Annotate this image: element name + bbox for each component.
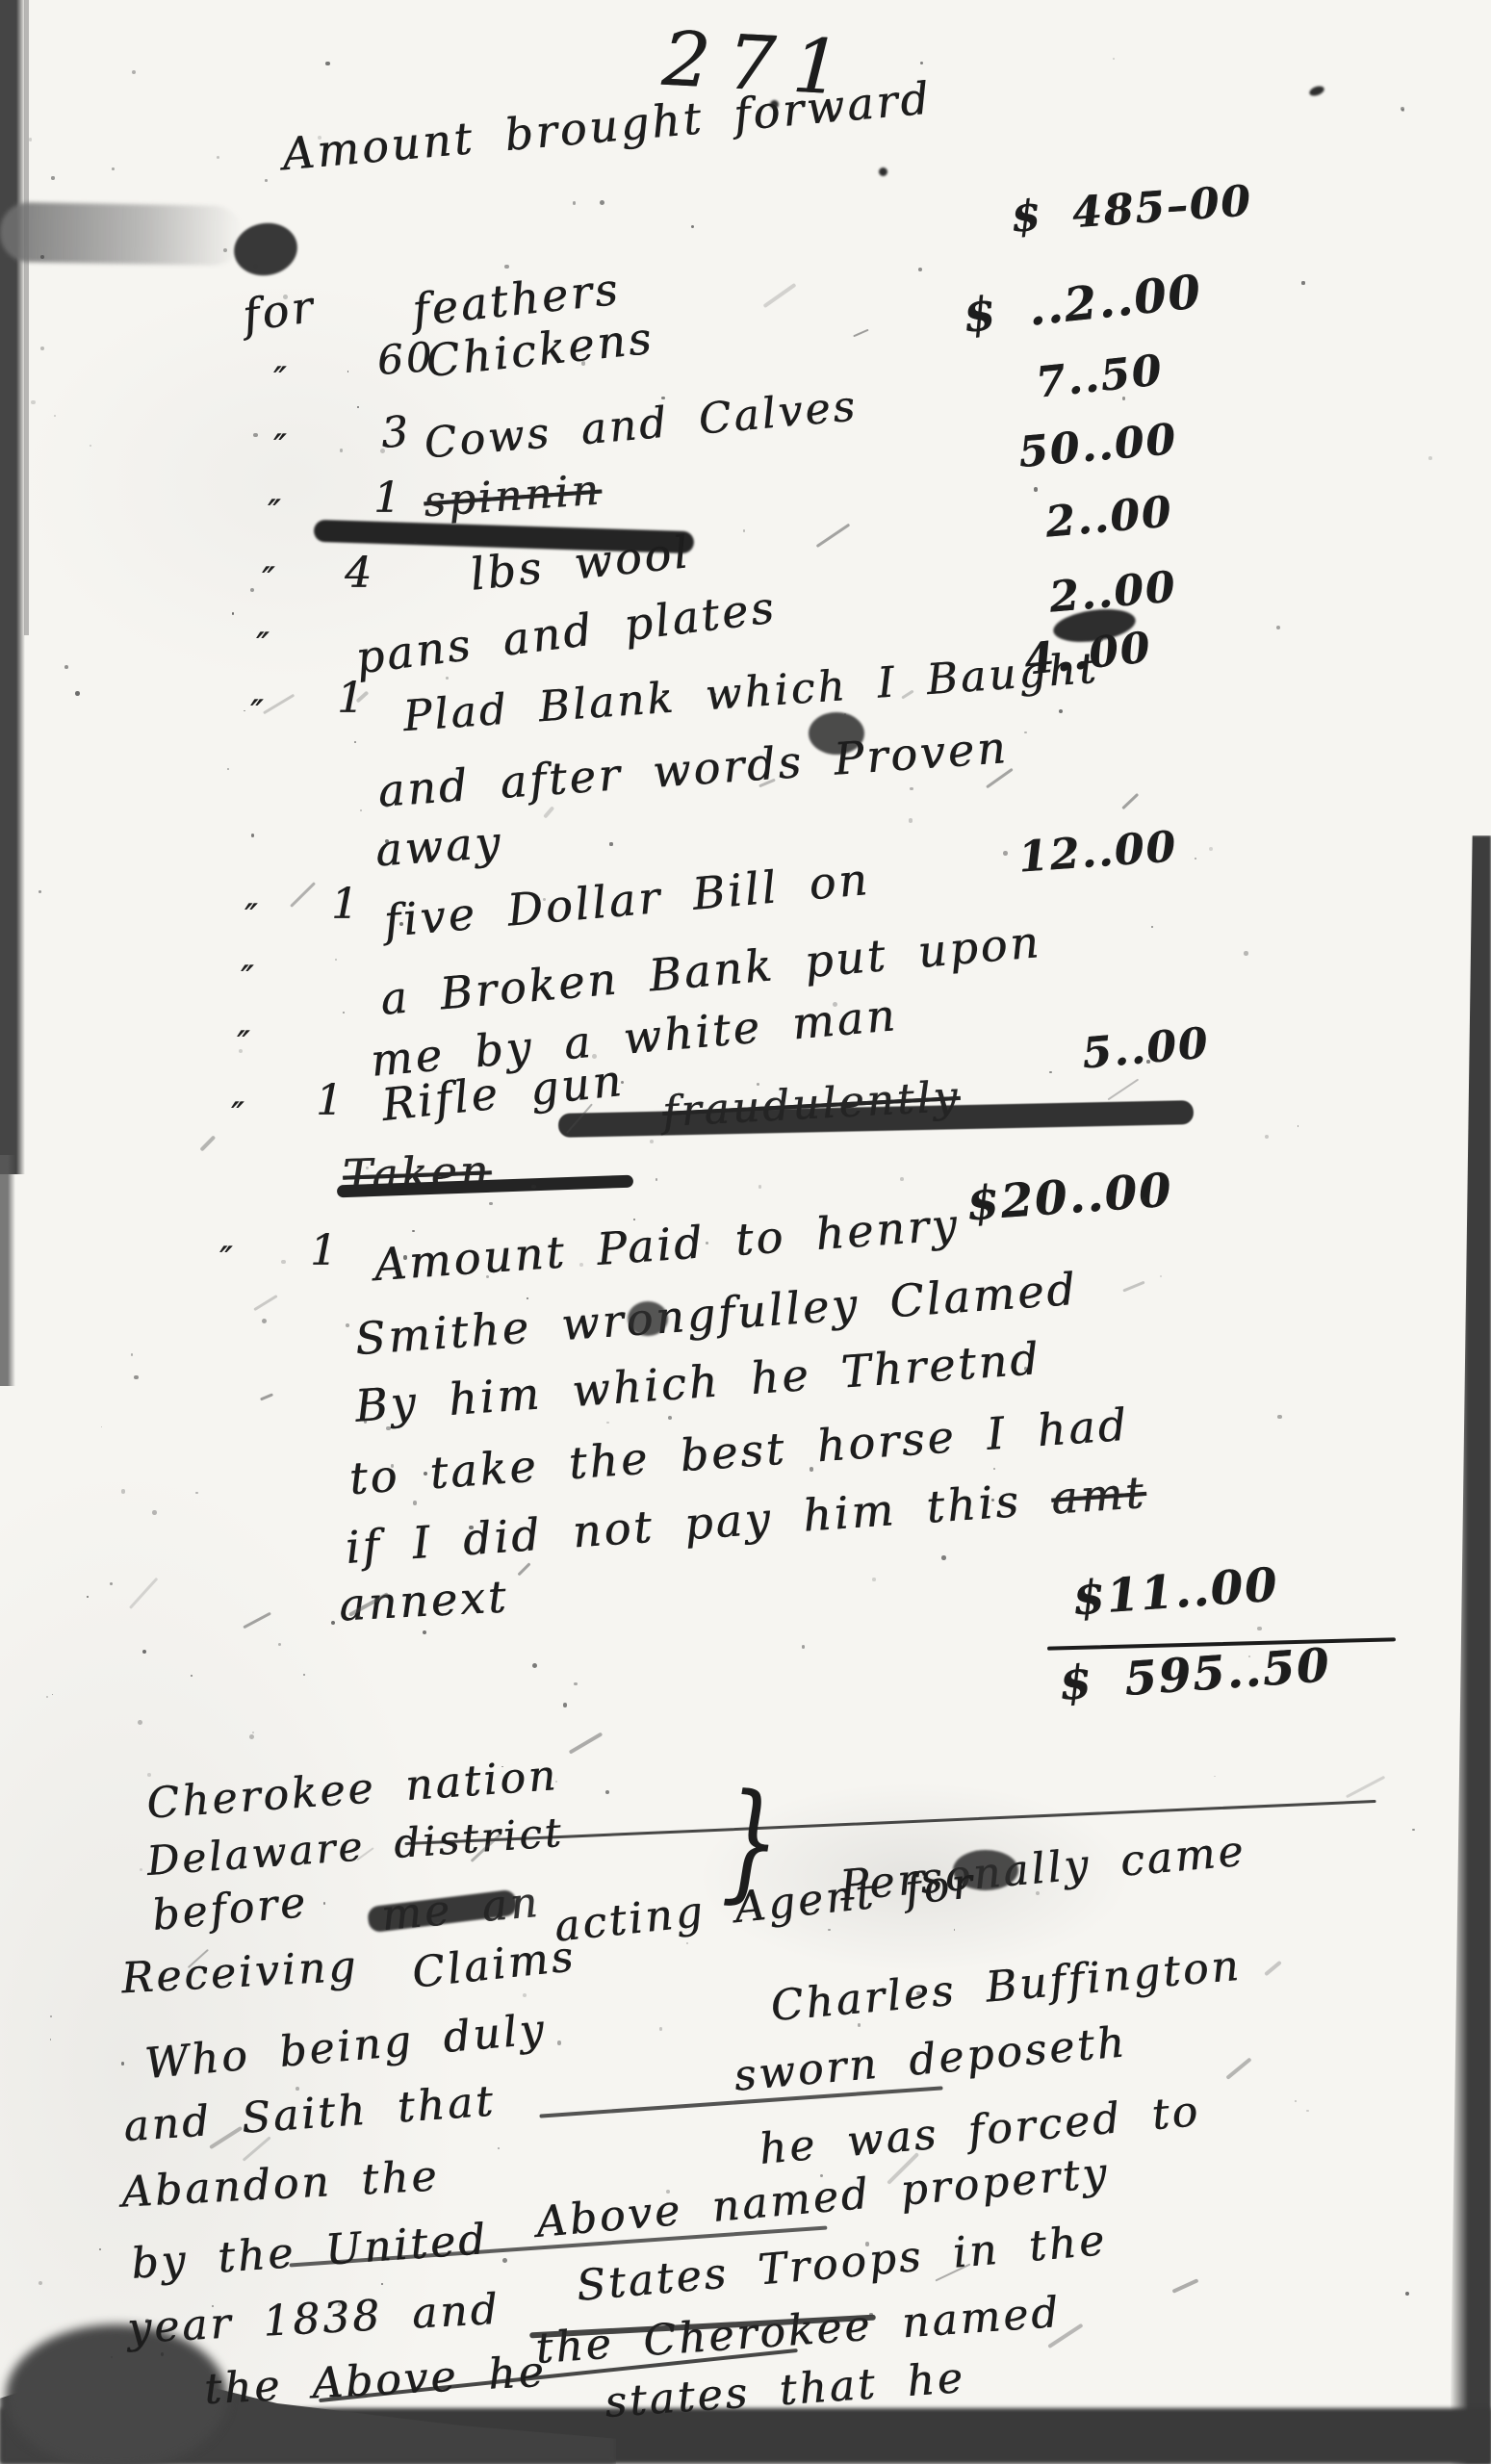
ledger-row-amount: $11..00	[1071, 1562, 1280, 1623]
brought-forward-label: Amount brought forward	[280, 76, 933, 177]
ledger-row-qty: 4	[345, 552, 374, 595]
ledger-row-amount: 12..00	[1017, 826, 1179, 879]
affidavit-line5-left: and Saith that	[122, 2081, 497, 2149]
ledger-row-line3: away	[374, 819, 504, 872]
ledger-row-struck-desc: spinnin	[423, 470, 604, 525]
scan-edge-left-inner-line	[24, 0, 29, 635]
scanned-document-page: { "page": { "number": "271" }, "header":…	[0, 0, 1491, 2464]
ditto-mark: ″	[268, 497, 283, 531]
affidavit-line6-left: Abandon the	[120, 2155, 440, 2214]
ledger-row-line5-struck-word: amt	[1049, 1466, 1147, 1525]
affidavit-line2-left: before	[150, 1882, 309, 1938]
affidavit-line3-mid: Claims	[410, 1936, 578, 1995]
ink-streak	[0, 202, 244, 266]
scan-edge-left-lower	[0, 1155, 15, 1386]
ledger-row-desc: pans and plates	[353, 584, 779, 680]
ledger-row-prefix: for	[240, 284, 318, 338]
ditto-mark: ″	[231, 1099, 246, 1134]
ditto-mark: ″	[241, 962, 256, 997]
ledger-row-amount: 50..00	[1016, 419, 1178, 475]
affidavit-line3-left: Receiving	[120, 1946, 359, 2001]
ledger-row-amount: 2..00	[1043, 491, 1174, 544]
ink-blot-word	[628, 1301, 668, 1336]
ditto-mark: ″	[256, 629, 271, 664]
ditto-mark: ″	[273, 364, 289, 398]
affidavit-line8-left: year 1838 and	[126, 2289, 501, 2350]
affidavit-line4-left: Who being duly	[143, 2009, 548, 2086]
ledger-row-desc: Amount Paid to henry	[373, 1202, 961, 1287]
ledger-row-line2: and after words Proven	[376, 725, 1010, 813]
ledger-row-desc: Cows and Calves	[423, 385, 860, 465]
ditto-mark: ″	[273, 431, 289, 466]
ledger-row-line6: annext	[338, 1574, 509, 1627]
ledger-row-amount: $ ..2..00	[961, 269, 1204, 340]
ditto-mark: ″	[237, 1028, 252, 1063]
ledger-row-qty: 1	[373, 477, 403, 520]
ink-dash-top-right	[1308, 85, 1325, 98]
ditto-mark: ″	[244, 901, 260, 936]
affidavit-line3-right: Charles Buffington	[769, 1945, 1243, 2029]
ledger-row-qty: 1	[316, 1080, 346, 1122]
ditto-mark: ″	[262, 564, 277, 599]
ink-dot-top	[879, 167, 887, 176]
ledger-row-qty: 1	[310, 1230, 340, 1272]
ledger-row-qty: 1	[331, 884, 361, 926]
ledger-total: $ 595..50	[1058, 1642, 1332, 1707]
ledger-row-amount: 5..00	[1080, 1022, 1211, 1075]
brought-forward-amount: $ 485–00	[1010, 180, 1253, 239]
scan-edge-right	[1450, 835, 1491, 2464]
scan-edge-left	[0, 0, 25, 1174]
ledger-row-amount: 7..50	[1034, 349, 1165, 405]
ditto-mark: ″	[219, 1244, 235, 1278]
